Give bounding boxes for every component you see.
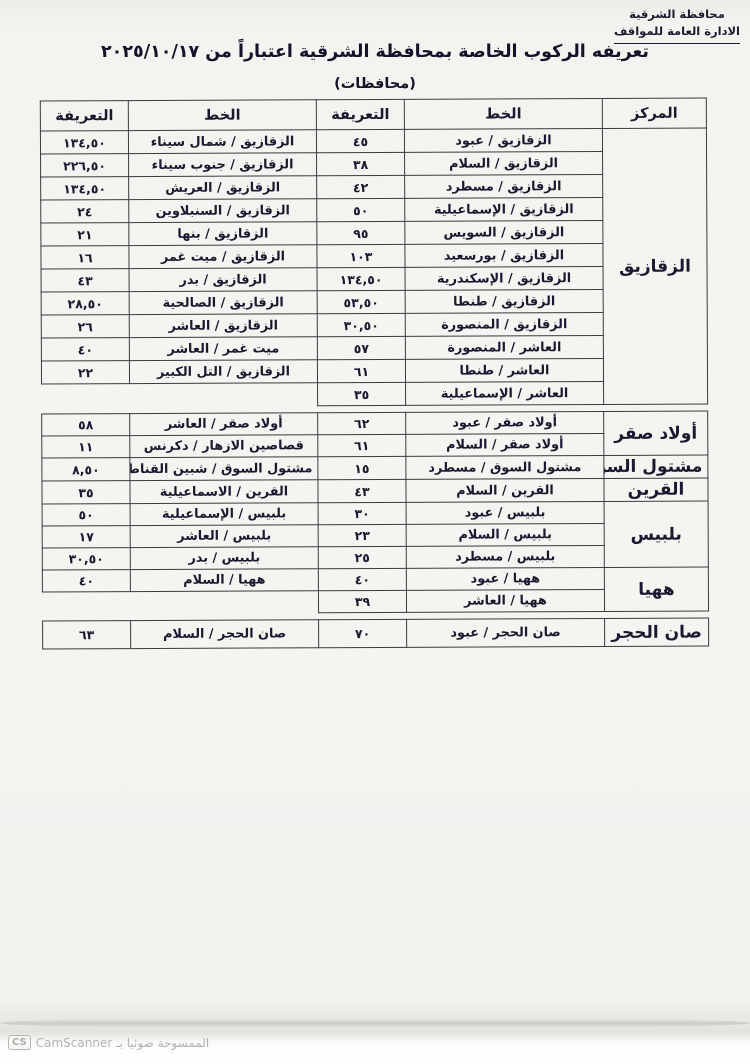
route-cell: الزقازيق / التل الكبير (129, 360, 317, 384)
table-row: بلبيسبلبيس / عبود٣٠بلبيس / الإسماعيلية٥٠ (42, 501, 708, 526)
route-cell: الزقازيق / بنها (129, 222, 317, 246)
scanned-with-label: الممسوحة ضوئيا بـ (116, 1036, 209, 1050)
route-cell: الزقازيق / السويس (405, 221, 603, 245)
fare-cell: ٣٥ (318, 382, 406, 405)
fare-cell: ٦١ (318, 434, 406, 456)
route-cell: الزقازيق / شمال سيناء (128, 130, 316, 154)
fare-cell: ١٣٤,٥٠ (40, 131, 128, 154)
fare-cell: ١٠٣ (317, 244, 405, 267)
route-cell: الزقازيق / بورسعيد (405, 243, 603, 267)
fare-cell: ٢٢٦,٥٠ (41, 154, 129, 177)
route-cell: الزقازيق / الإسماعيلية (405, 198, 603, 222)
fare-cell: ٩٥ (317, 221, 405, 244)
scan-shadow (0, 1018, 750, 1028)
fare-cell: ٤٥ (316, 129, 404, 152)
route-cell: صان الحجر / عبود (407, 618, 605, 647)
table-row: أولاد صقرأولاد صقر / عبود٦٢أولاد صقر / ا… (42, 411, 708, 436)
fare-cell: ٢٢ (41, 361, 129, 384)
department-name: الادارة العامة للمواقف (614, 23, 740, 43)
fare-table: المركزالخطالتعريفةالخطالتعريفةالزقازيقال… (40, 98, 708, 408)
fare-cell: ٣٩ (318, 590, 406, 612)
route-cell: الزقازيق / بدر (129, 268, 317, 292)
center-cell: الزقازيق (602, 128, 707, 404)
fare-cell: ١٦ (41, 246, 129, 269)
route-cell: الزقازيق / الصالحية (129, 291, 317, 315)
center-cell: مشتول السوق (604, 455, 708, 478)
page-subtitle: (محافظات) (0, 76, 750, 92)
route-cell: الزقازيق / ميت غمر (129, 245, 317, 269)
fare-cell: ١٣٤,٥٠ (41, 177, 129, 200)
route-cell: ميت غمر / العاشر (129, 337, 317, 361)
route-cell: أولاد صقر / عبود (406, 411, 604, 434)
route-cell: العاشر / الإسماعيلية (406, 381, 604, 405)
route-cell: ههيا / العاشر (406, 589, 604, 612)
fare-cell: ٤٠ (41, 338, 129, 361)
fare-cell: ٥٠ (42, 504, 130, 526)
route-cell: العاشر / طنطا (405, 358, 603, 382)
route-cell: القرين / السلام (406, 478, 604, 502)
letterhead: محافظة الشرقية الادارة العامة للمواقف (614, 6, 740, 44)
fare-cell: ٦٣ (43, 621, 131, 649)
fare-cell: ١٣٤,٥٠ (317, 267, 405, 290)
column-header: الخط (128, 100, 316, 131)
route-cell: مشتول السوق / مسطرد (406, 455, 604, 479)
fare-cell: ٣٨ (317, 152, 405, 175)
route-cell: بلبيس / السلام (406, 523, 604, 546)
route-cell: صان الحجر / السلام (131, 620, 319, 649)
route-cell: الزقازيق / السنبلاوين (129, 199, 317, 223)
route-cell: بلبيس / بدر (130, 547, 318, 570)
fare-cell: ٣٠,٥٠ (42, 548, 130, 570)
camscanner-logo-icon: CS (8, 1035, 31, 1050)
governorate-name: محافظة الشرقية (614, 6, 740, 23)
fare-cell: ٤٣ (318, 479, 406, 502)
table-row: صان الحجرصان الحجر / عبود٧٠صان الحجر / ا… (43, 618, 709, 649)
route-cell: أولاد صقر / العاشر (130, 413, 318, 436)
fare-cell: ٥٧ (317, 336, 405, 359)
scanned-page: محافظة الشرقية الادارة العامة للمواقف تع… (0, 0, 750, 1064)
fare-cell: ٥٣,٥٠ (317, 290, 405, 313)
route-cell: ههيا / عبود (406, 567, 604, 590)
fare-cell: ٥٨ (42, 414, 130, 436)
fare-cell: ٢٤ (41, 200, 129, 223)
fare-cell: ٤٢ (317, 175, 405, 198)
center-cell: ههيا (604, 567, 708, 611)
empty-cell (130, 591, 318, 614)
table-row: الزقازيقالزقازيق / عبود٤٥الزقازيق / شمال… (40, 128, 706, 154)
page-title: تعريفه الركوب الخاصة بمحافظة الشرقية اعت… (0, 42, 750, 62)
route-cell: العاشر / المنصورة (405, 335, 603, 359)
fare-cell: ٢٣ (318, 524, 406, 546)
column-header: التعريفة (40, 101, 128, 131)
fare-cell: ٨,٥٠ (42, 458, 130, 481)
route-cell: الزقازيق / طنطا (405, 289, 603, 313)
center-cell: القرين (604, 478, 708, 501)
route-cell: الزقازيق / السلام (405, 152, 603, 176)
fare-cell: ٤٠ (318, 568, 406, 590)
column-header: المركز (602, 98, 706, 128)
route-cell: الزقازيق / جنوب سيناء (129, 153, 317, 177)
route-cell: الزقازيق / المنصورة (405, 312, 603, 336)
scanned-with-text: الممسوحة ضوئيا بـ CamScanner (36, 1036, 209, 1050)
fare-cell: ٣٥ (42, 481, 130, 504)
fare-cell: ٢١ (41, 223, 129, 246)
column-header: الخط (404, 99, 602, 130)
fare-table: صان الحجرصان الحجر / عبود٧٠صان الحجر / ا… (42, 618, 709, 650)
center-cell: أولاد صقر (604, 411, 708, 455)
route-cell: ههيا / السلام (130, 569, 318, 592)
empty-cell (130, 383, 318, 407)
route-cell: القرين / الاسماعيلية (130, 480, 318, 504)
empty-cell (42, 384, 130, 407)
route-cell: بلبيس / مسطرد (406, 545, 604, 568)
fare-cell: ١١ (42, 436, 130, 458)
fare-cell: ١٥ (318, 456, 406, 479)
route-cell: الزقازيق / العاشر (129, 314, 317, 338)
route-cell: أولاد صقر / السلام (406, 433, 604, 456)
fare-table-blocks: المركزالخطالتعريفةالخطالتعريفةالزقازيقال… (40, 98, 708, 656)
route-cell: بلبيس / العاشر (130, 525, 318, 548)
center-cell: بلبيس (604, 501, 708, 567)
route-cell: قصاصين الازهار / دكرنس (130, 435, 318, 458)
fare-cell: ٢٨,٥٠ (41, 292, 129, 315)
route-cell: بلبيس / عبود (406, 501, 604, 524)
center-cell: صان الحجر (605, 618, 709, 646)
fare-cell: ٤٠ (42, 570, 130, 592)
camscanner-watermark: CS الممسوحة ضوئيا بـ CamScanner (8, 1035, 209, 1050)
empty-cell (42, 592, 130, 614)
fare-table: أولاد صقرأولاد صقر / عبود٦٢أولاد صقر / ا… (41, 411, 709, 615)
route-cell: بلبيس / الإسماعيلية (130, 503, 318, 526)
fare-cell: ٤٣ (41, 269, 129, 292)
fare-cell: ١٧ (42, 526, 130, 548)
fare-cell: ٣٠,٥٠ (317, 313, 405, 336)
fare-cell: ٢٥ (318, 546, 406, 568)
header-row: المركزالخطالتعريفةالخطالتعريفة (40, 98, 706, 131)
table-row: القرينالقرين / السلام٤٣القرين / الاسماعي… (42, 478, 708, 504)
fare-cell: ٦١ (317, 359, 405, 382)
route-cell: الزقازيق / الإسكندرية (405, 266, 603, 290)
route-cell: الزقازيق / عبود (404, 129, 602, 153)
fare-cell: ٢٦ (41, 315, 129, 338)
fare-cell: ٧٠ (319, 619, 407, 647)
column-header: التعريفة (316, 99, 404, 129)
table-row: ههياههيا / عبود٤٠ههيا / السلام٤٠ (42, 567, 708, 592)
camscanner-brand: CamScanner (36, 1036, 113, 1050)
route-cell: الزقازيق / مسطرد (405, 175, 603, 199)
fare-cell: ٣٠ (318, 502, 406, 524)
fare-cell: ٥٠ (317, 198, 405, 221)
table-row: مشتول السوقمشتول السوق / مسطرد١٥مشتول ال… (42, 455, 708, 481)
route-cell: مشتول السوق / شبين القناطر (130, 457, 318, 481)
fare-cell: ٦٢ (318, 412, 406, 434)
route-cell: الزقازيق / العريش (129, 176, 317, 200)
